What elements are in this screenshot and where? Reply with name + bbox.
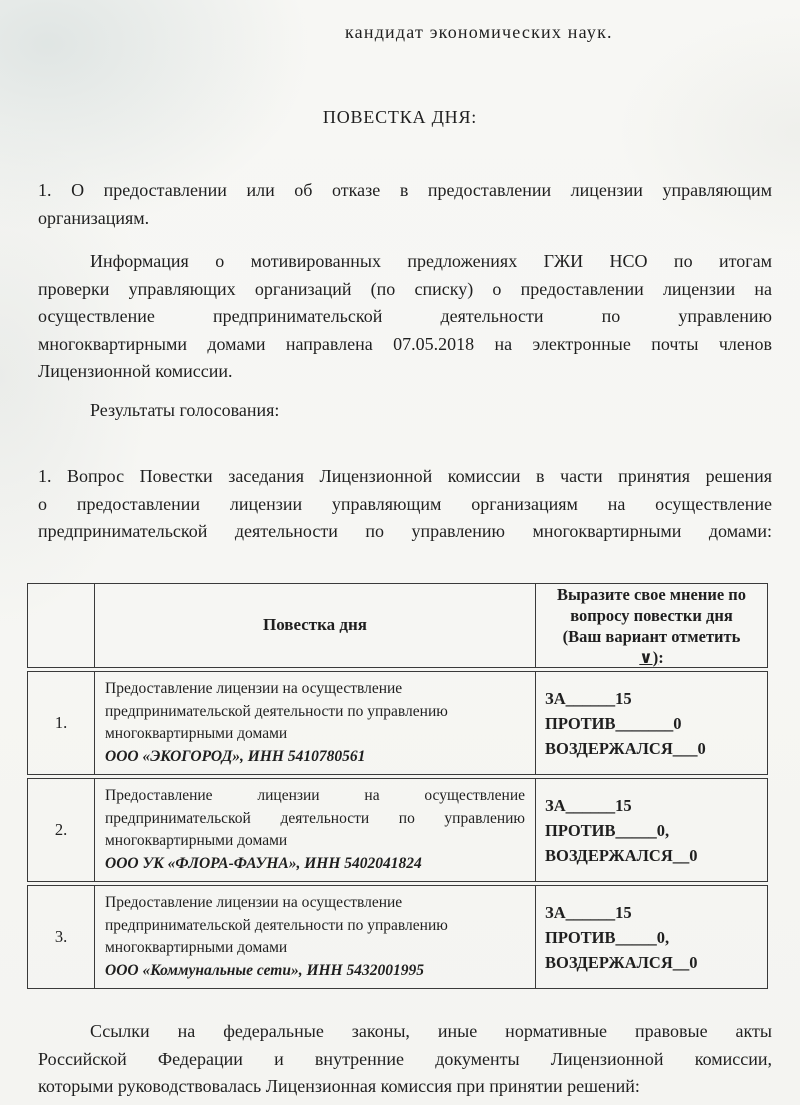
voting-results-label: Результаты голосования: <box>38 397 772 425</box>
vote-cell: ЗА______15 ПРОТИВ_______0 ВОЗДЕРЖАЛСЯ___… <box>536 671 768 775</box>
text-line: 1. Вопрос Повестки заседания Лицензионно… <box>38 463 772 491</box>
text-line: (Ваш вариант отметить <box>540 626 763 647</box>
opinion-column-header: Выразите свое мнение по вопросу повестки… <box>536 583 768 668</box>
vote-vozderzhalsya: ВОЗДЕРЖАЛСЯ__0 <box>545 950 761 975</box>
agenda-cell: Предоставление лицензии на осуществление… <box>95 885 536 989</box>
text-line: 1. О предоставлении или об отказе в пред… <box>38 177 772 205</box>
table-row: 3. Предоставление лицензии на осуществле… <box>27 885 768 989</box>
question-paragraph: 1. Вопрос Повестки заседания Лицензионно… <box>38 463 772 546</box>
vote-protiv: ПРОТИВ_____0, <box>545 925 761 950</box>
voting-table: Повестка дня Выразите свое мнение по воп… <box>27 583 768 992</box>
text-line: Российской Федерации и внутренние докуме… <box>38 1046 772 1074</box>
table-row: 1. Предоставление лицензии на осуществле… <box>27 671 768 775</box>
vote-za: ЗА______15 <box>545 900 761 925</box>
text-line: Результаты голосования: <box>38 397 772 425</box>
references-paragraph: Ссылки на федеральные законы, иные норма… <box>38 1018 772 1101</box>
vote-mark-symbol: ∨) <box>639 648 658 667</box>
org-name: ООО «ЭКОГОРОД», ИНН 5410780561 <box>105 746 525 769</box>
row-number: 3. <box>27 885 95 989</box>
vote-cell: ЗА______15 ПРОТИВ_____0, ВОЗДЕРЖАЛСЯ__0 <box>536 885 768 989</box>
vote-protiv: ПРОТИВ_____0, <box>545 818 761 843</box>
document-title: ПОВЕСТКА ДНЯ: <box>0 107 800 128</box>
text-line: многоквартирными домами <box>105 723 525 746</box>
text-line: предпринимательской деятельности по упра… <box>105 808 525 831</box>
vote-za: ЗА______15 <box>545 793 761 818</box>
org-name: ООО «Коммунальные сети», ИНН 5432001995 <box>105 960 525 983</box>
table-header-row: Повестка дня Выразите свое мнение по воп… <box>27 583 768 668</box>
colon: : <box>658 648 664 667</box>
text-line: организациям. <box>38 205 772 233</box>
text-line: многоквартирными домами <box>105 937 525 960</box>
text-line: Предоставление лицензии на осуществление <box>105 678 525 701</box>
table-row: 2. Предоставление лицензии на осуществле… <box>27 778 768 882</box>
text-line: проверки управляющих организаций (по спи… <box>38 276 772 304</box>
vote-vozderzhalsya: ВОЗДЕРЖАЛСЯ___0 <box>545 736 761 761</box>
vote-cell: ЗА______15 ПРОТИВ_____0, ВОЗДЕРЖАЛСЯ__0 <box>536 778 768 882</box>
agenda-cell: Предоставление лицензии на осуществление… <box>95 671 536 775</box>
text-line: предпринимательской деятельности по упра… <box>105 915 525 938</box>
text-line: многоквартирными домами <box>105 830 525 853</box>
text-line: Предоставление лицензии на осуществление <box>105 892 525 915</box>
text-line: Ссылки на федеральные законы, иные норма… <box>38 1018 772 1046</box>
info-paragraph: Информация о мотивированных предложениях… <box>38 248 772 386</box>
text-line: Лицензионной комиссии. <box>38 358 772 386</box>
text-line: Выразите свое мнение по <box>540 584 763 605</box>
text-line: многоквартирными домами направлена 07.05… <box>38 331 772 359</box>
vote-vozderzhalsya: ВОЗДЕРЖАЛСЯ__0 <box>545 843 761 868</box>
vote-za: ЗА______15 <box>545 686 761 711</box>
scanned-document-page: кандидат экономических наук. ПОВЕСТКА ДН… <box>0 0 800 1105</box>
row-number: 1. <box>27 671 95 775</box>
text-line: предпринимательской деятельности по упра… <box>38 518 772 546</box>
text-line: о предоставлении лицензии управляющим ор… <box>38 491 772 519</box>
text-line: ∨): <box>540 647 763 668</box>
agenda-item-1: 1. О предоставлении или об отказе в пред… <box>38 177 772 232</box>
number-column-header <box>27 583 95 668</box>
org-name: ООО УК «ФЛОРА-ФАУНА», ИНН 5402041824 <box>105 853 525 876</box>
text-line: вопросу повестки дня <box>540 605 763 626</box>
text-line: предпринимательской деятельности по упра… <box>105 701 525 724</box>
agenda-column-header: Повестка дня <box>95 583 536 668</box>
degree-line: кандидат экономических наук. <box>345 22 613 43</box>
text-line: Предоставление лицензии на осуществление <box>105 785 525 808</box>
text-line: которыми руководствовалась Лицензионная … <box>38 1073 772 1101</box>
text-line: Информация о мотивированных предложениях… <box>38 248 772 276</box>
agenda-cell: Предоставление лицензии на осуществление… <box>95 778 536 882</box>
vote-protiv: ПРОТИВ_______0 <box>545 711 761 736</box>
text-line: осуществление предпринимательской деятел… <box>38 303 772 331</box>
agenda-column-title: Повестка дня <box>263 614 367 637</box>
row-number: 2. <box>27 778 95 882</box>
